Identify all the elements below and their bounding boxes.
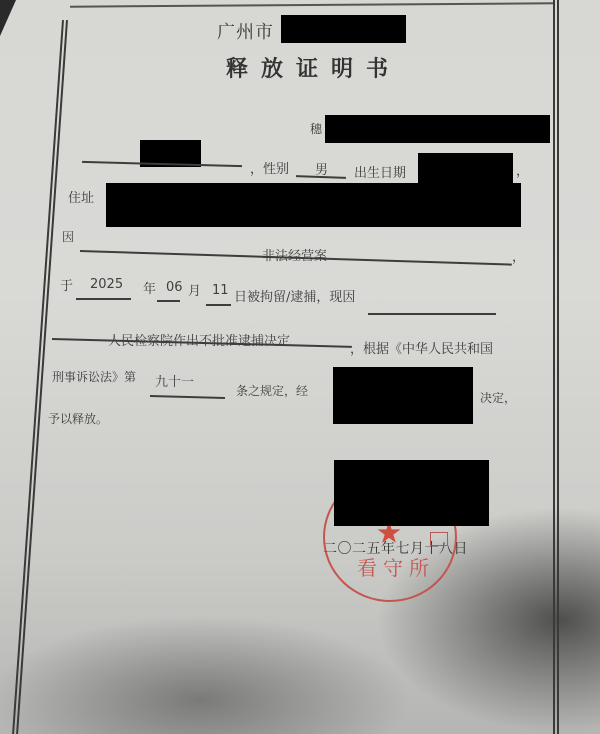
cause-value: 非法经营案 xyxy=(262,245,327,264)
year-label: 年 xyxy=(143,278,156,297)
redacted-issuer-name xyxy=(281,15,406,43)
release-statement: 予以释放。 xyxy=(48,410,108,427)
detain-day-value: 11 xyxy=(212,283,229,298)
redacted-birthdate xyxy=(418,153,513,183)
birthdate-label: 出生日期 xyxy=(354,162,406,181)
detain-prefix: 于 xyxy=(60,275,73,294)
issuer-city-prefix: 广州市 xyxy=(217,18,274,44)
article-number-value: 九十一 xyxy=(155,371,194,390)
address-label: 住址 xyxy=(68,187,94,206)
photo-background xyxy=(0,0,600,734)
month-label: 月 xyxy=(188,280,201,299)
month-underline xyxy=(157,300,180,302)
gender-label: ，性别 xyxy=(250,158,289,177)
seal-mark-icon xyxy=(430,532,448,546)
year-underline xyxy=(76,298,131,300)
border-line-right-inner xyxy=(553,0,555,734)
detain-month-value: 06 xyxy=(166,280,183,295)
cause-label: 因 xyxy=(62,228,74,245)
cause-period: ， xyxy=(512,246,525,265)
redacted-address xyxy=(106,183,521,227)
decision-suffix: 决定， xyxy=(480,389,516,406)
photo-corner-shadow xyxy=(0,0,16,36)
doc-number-label: 穗 xyxy=(310,120,322,137)
detain-year-value: 2025 xyxy=(90,277,123,292)
document-title: 释放证明书 xyxy=(226,52,401,83)
redacted-issuer-signature xyxy=(334,460,489,526)
border-line-right-outer xyxy=(557,0,559,734)
redacted-approving-authority xyxy=(333,367,473,424)
redacted-doc-number xyxy=(325,115,550,143)
seal-text: 看守所 xyxy=(357,552,435,581)
legal-basis-text-1: ，根据《中华人民共和国 xyxy=(350,338,493,357)
day-label: 日被拘留/逮捕，现因 xyxy=(234,286,355,305)
legal-basis-text-2: 刑事诉讼法》第 xyxy=(52,368,136,385)
birthdate-comma: ， xyxy=(516,160,529,179)
reason-prefix-underline xyxy=(368,313,496,315)
day-underline xyxy=(206,304,231,306)
article-suffix: 条之规定，经 xyxy=(236,382,308,399)
